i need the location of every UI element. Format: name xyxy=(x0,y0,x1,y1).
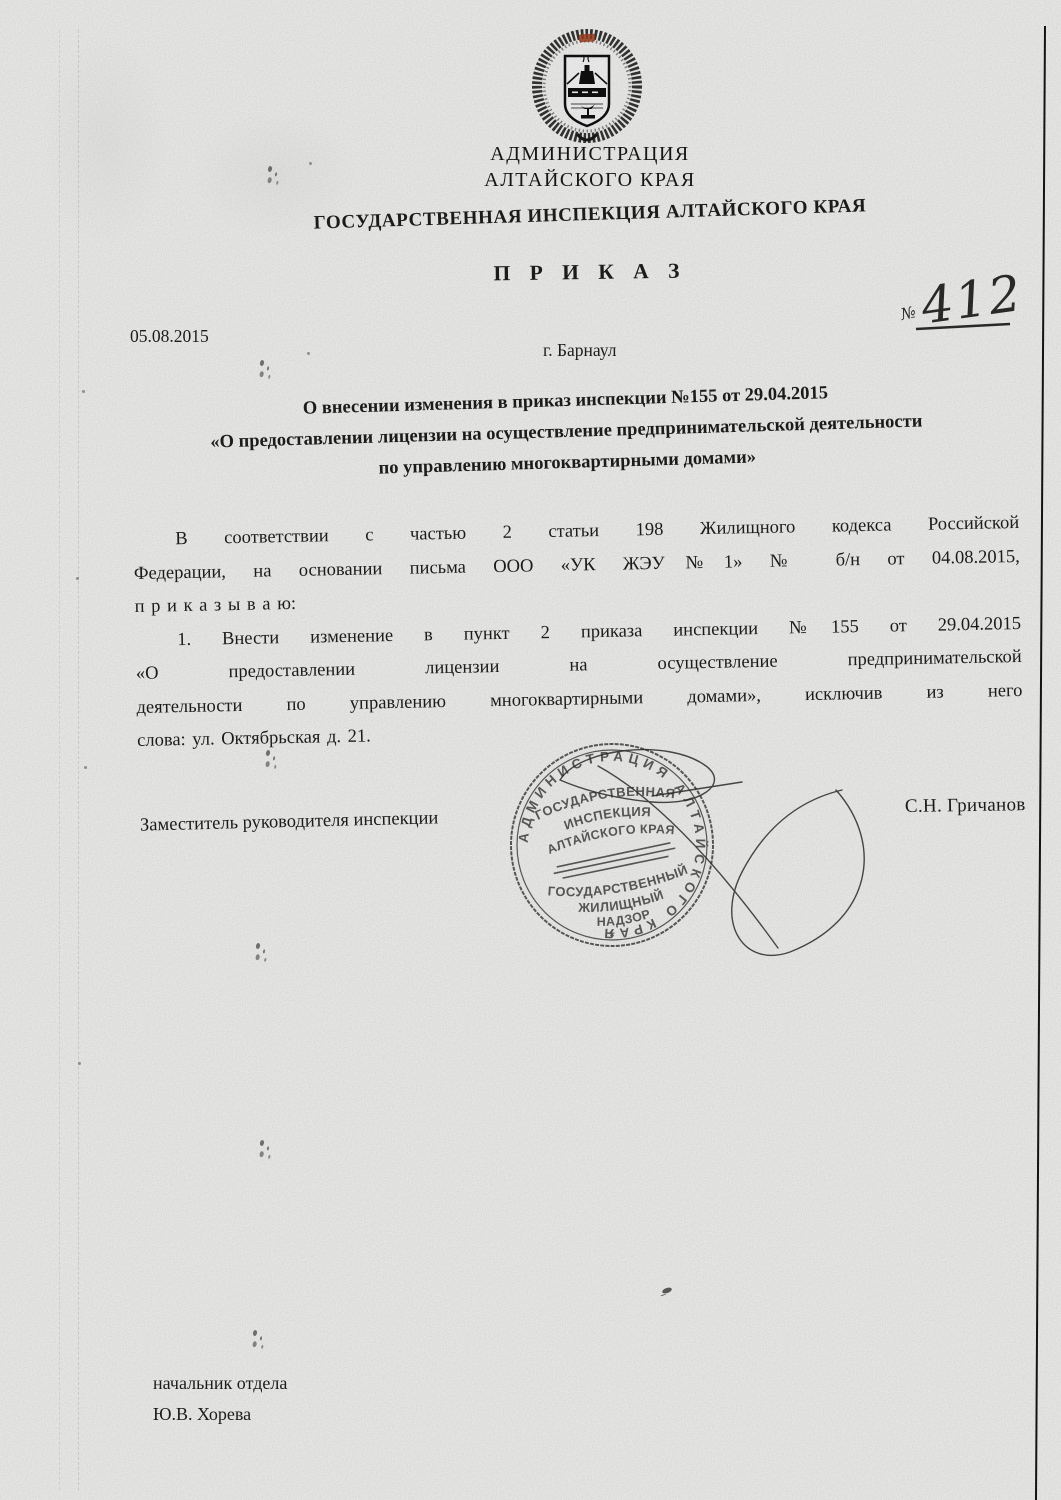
scan-crease-line xyxy=(78,30,79,1490)
ink-speck xyxy=(76,577,79,580)
footer-signer: начальник отдела Ю.В. Хорева xyxy=(153,1368,287,1430)
order-subject: О внесении изменения в приказ инспекции … xyxy=(88,372,1044,493)
handwritten-order-number: № 412 xyxy=(880,255,1050,350)
footer-name: Ю.В. Хорева xyxy=(153,1399,287,1430)
ink-speck xyxy=(84,766,87,769)
scanned-order-document: АДМИНИСТРАЦИЯ АЛТАЙСКОГО КРАЯ ГОСУДАРСТВ… xyxy=(0,0,1061,1500)
signer-name: С.Н. Гричанов xyxy=(905,794,1039,826)
ink-smudge xyxy=(252,1330,257,1337)
ink-speck xyxy=(309,162,312,165)
ink-smudge xyxy=(259,360,264,367)
ink-blot xyxy=(661,1286,672,1294)
number-sign: № xyxy=(898,302,918,324)
document-city: г. Барнаул xyxy=(543,340,616,361)
signer-position: Заместитель руководителя инспекции xyxy=(140,808,439,836)
ink-speck xyxy=(307,352,310,355)
ink-speck xyxy=(82,390,85,393)
document-date: 05.08.2015 xyxy=(130,326,209,347)
ink-smudge xyxy=(259,1140,264,1147)
org-name-line-2: АЛТАЙСКОГО КРАЯ xyxy=(420,168,760,193)
page-edge-line xyxy=(1035,26,1046,1500)
document-type-title: П Р И К А З xyxy=(420,258,760,288)
scan-crease-line xyxy=(59,30,60,1490)
handwritten-signature xyxy=(480,700,910,1000)
signer-name-text: С.Н. Гричанов xyxy=(905,794,1026,817)
ink-speck xyxy=(78,1062,81,1065)
footer-position: начальник отдела xyxy=(153,1368,287,1399)
org-name-line-1: АДМИНИСТРАЦИЯ xyxy=(420,142,760,167)
altai-krai-coat-of-arms xyxy=(527,26,647,148)
ink-smudge xyxy=(255,943,260,950)
emblem-red-accent xyxy=(579,34,595,43)
